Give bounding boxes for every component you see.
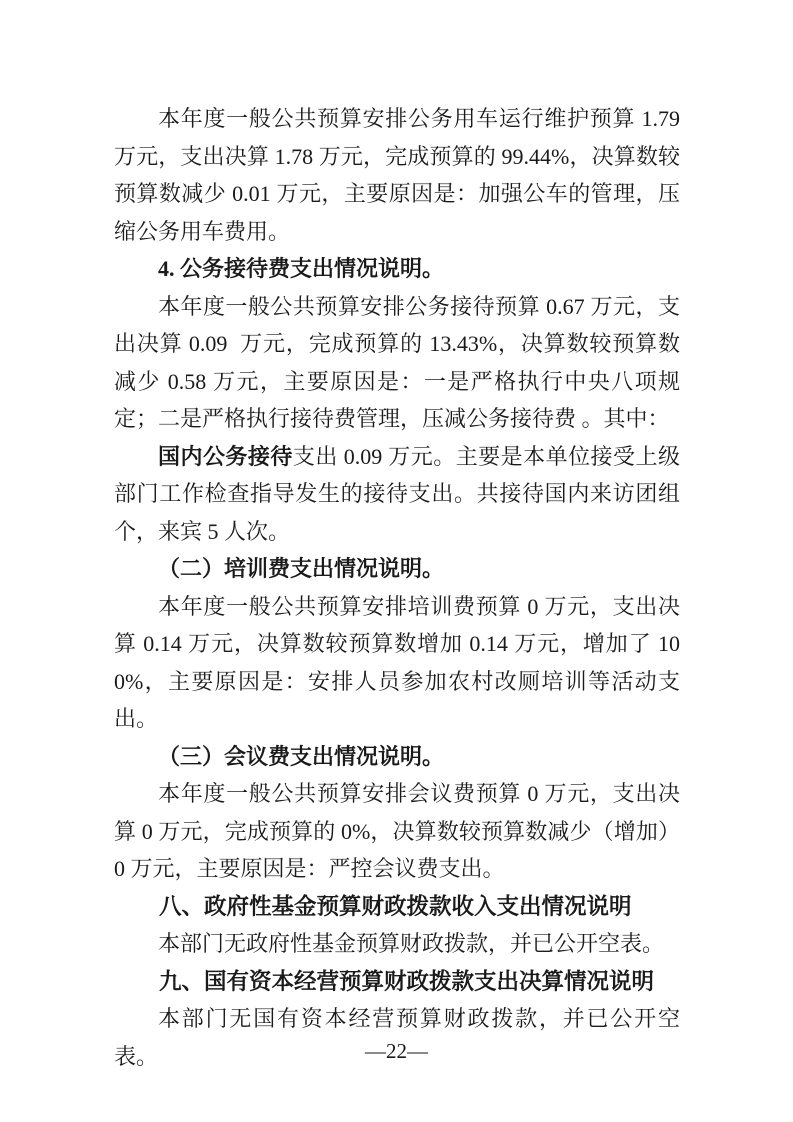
section-heading-reception-expense: 4. 公务接待费支出情况说明。 (114, 250, 680, 288)
section-heading-meeting-expense: （三）会议费支出情况说明。 (114, 738, 680, 776)
section-heading-government-fund: 八、政府性基金预算财政拨款收入支出情况说明 (114, 888, 680, 926)
paragraph-training-budget: 本年度一般公共预算安排培训费预算 0 万元，支出决算 0.14 万元，决算数较预… (114, 588, 680, 738)
section-heading-state-capital: 九、国有资本经营预算财政拨款支出决算情况说明 (114, 963, 680, 1001)
paragraph-reception-budget: 本年度一般公共预算安排公务接待预算 0.67 万元，支出决算 0.09 万元，完… (114, 288, 680, 438)
paragraph-government-fund: 本部门无政府性基金预算财政拨款，并已公开空表。 (114, 925, 680, 963)
paragraph-domestic-reception: 国内公务接待支出 0.09 万元。主要是本单位接受上级部门工作检查指导发生的接待… (114, 438, 680, 551)
document-body: 本年度一般公共预算安排公务用车运行维护预算 1.79 万元，支出决算 1.78 … (114, 100, 680, 1075)
document-page: 本年度一般公共预算安排公务用车运行维护预算 1.79 万元，支出决算 1.78 … (0, 0, 793, 1122)
bold-term-domestic-reception: 国内公务接待 (158, 444, 293, 469)
page-number: —22— (0, 1038, 793, 1064)
paragraph-meeting-budget: 本年度一般公共预算安排会议费预算 0 万元，支出决算 0 万元，完成预算的 0%… (114, 775, 680, 888)
section-heading-training-expense: （二）培训费支出情况说明。 (114, 550, 680, 588)
paragraph-vehicle-budget: 本年度一般公共预算安排公务用车运行维护预算 1.79 万元，支出决算 1.78 … (114, 100, 680, 250)
